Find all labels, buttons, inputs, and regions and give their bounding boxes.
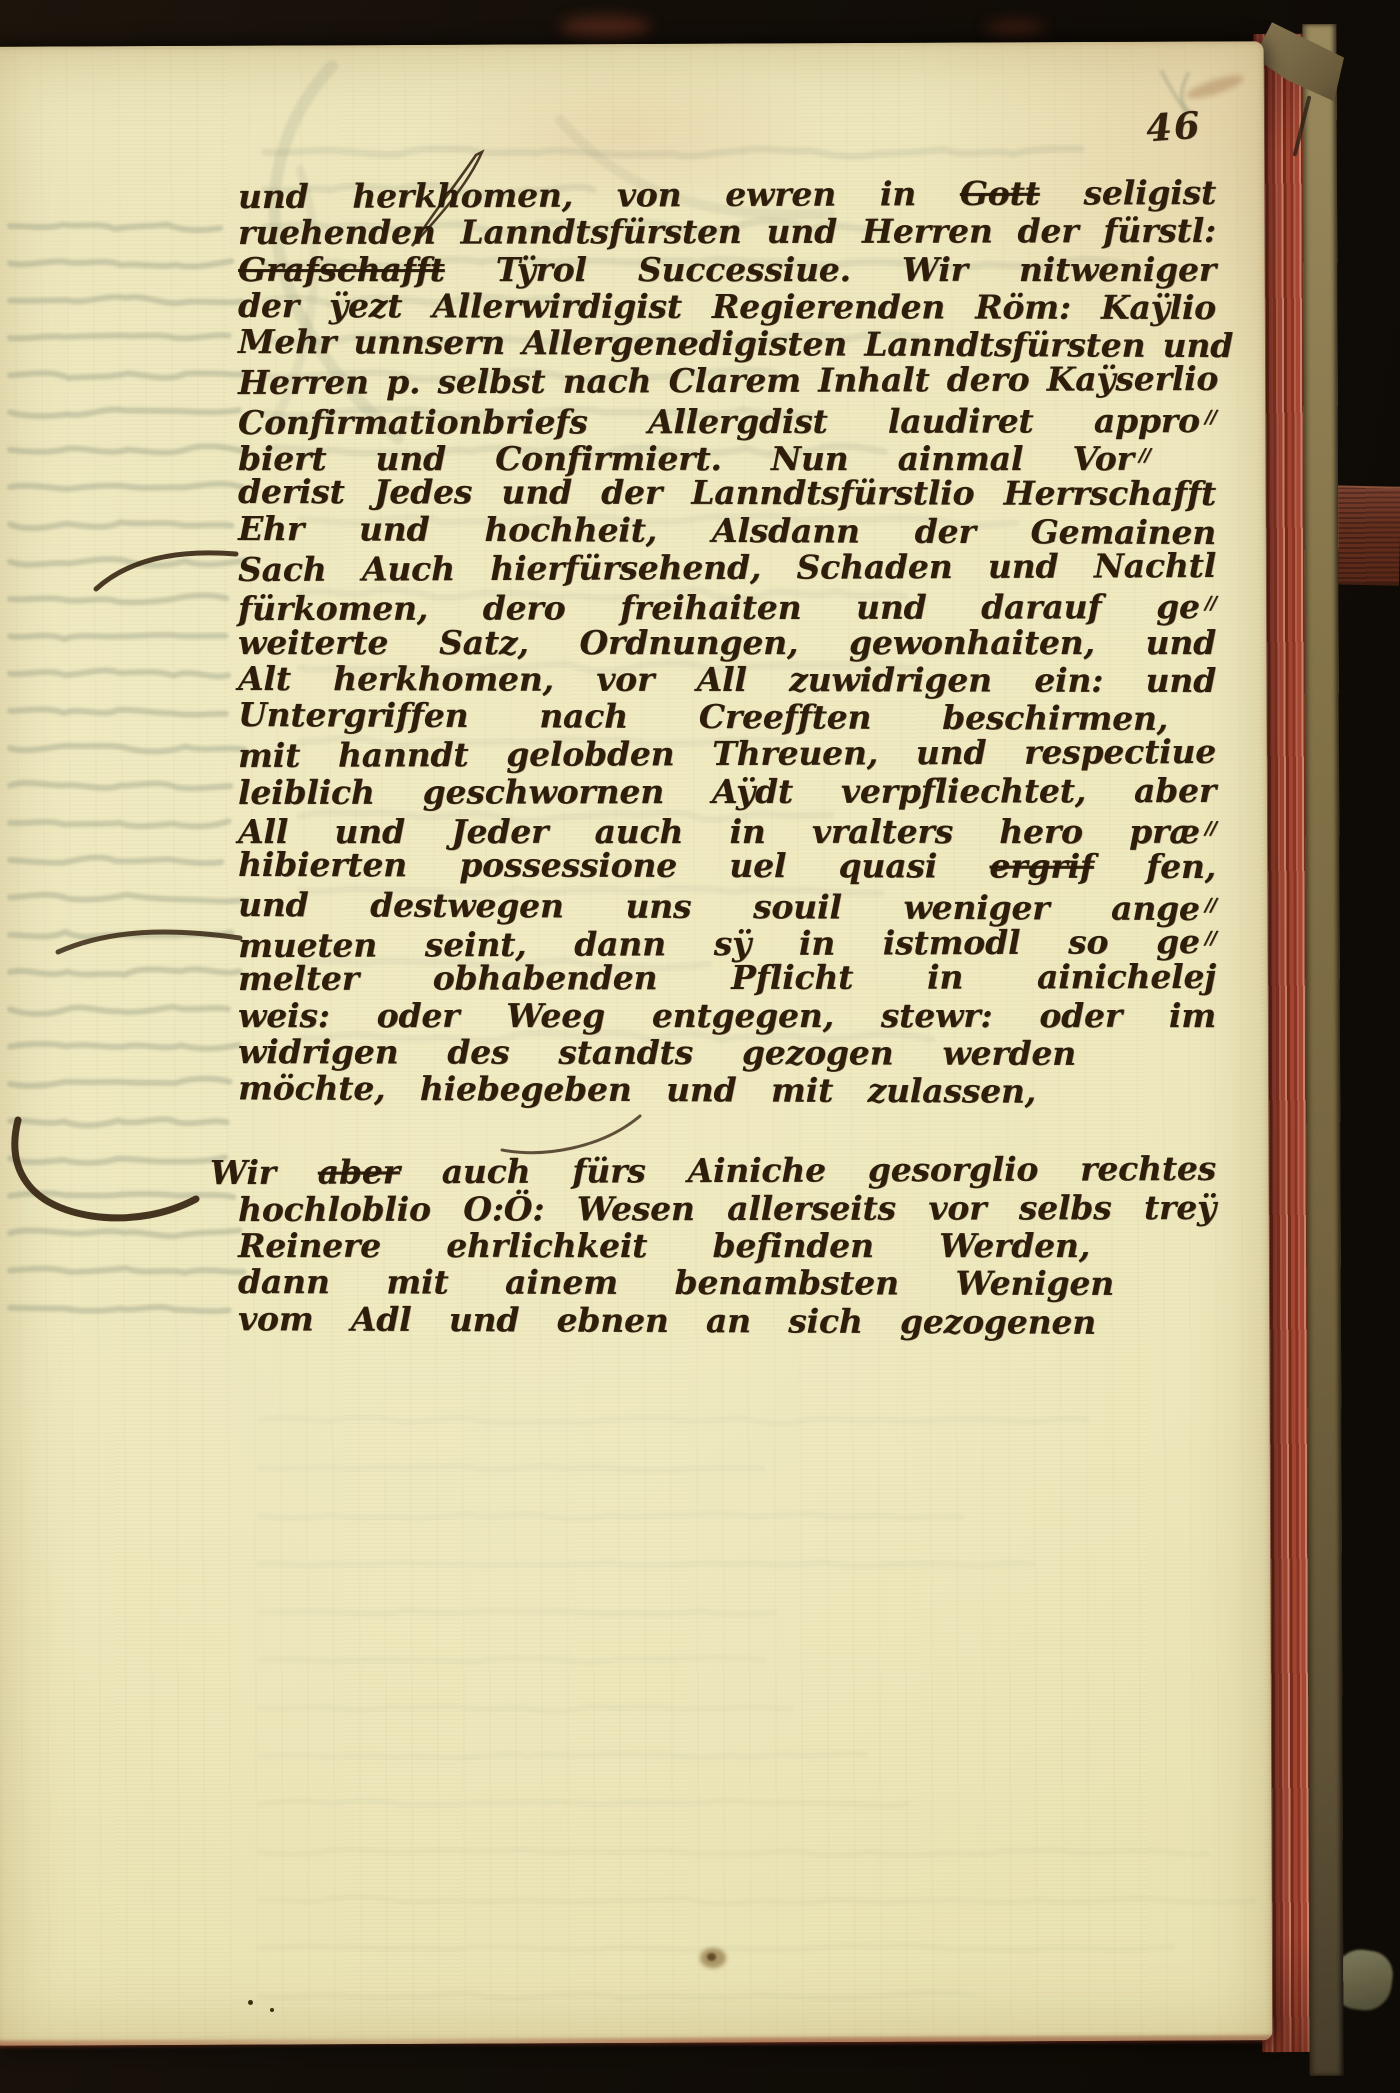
folio-number: 46 xyxy=(1145,102,1218,151)
red-smudge xyxy=(560,16,650,38)
red-smudge xyxy=(985,20,1045,36)
struck-word: aber xyxy=(318,1153,400,1192)
line-break-mark: // xyxy=(1205,895,1216,916)
manuscript-line: Alt herkhomen, vor All zuwidrigen ein: u… xyxy=(238,660,1216,699)
manuscript-line: möchte, hiebegeben und mit zulassen, xyxy=(238,1069,1036,1110)
manuscript-line: Sach Auch hierfürsehend, Schaden und Nac… xyxy=(238,547,1216,588)
line-break-mark: // xyxy=(1205,593,1216,614)
manuscript-line: der ÿezt Allerwirdigist Regierenden Röm:… xyxy=(238,287,1216,326)
manuscript-line: All und Jeder auch in vralters hero præ/… xyxy=(238,810,1216,847)
manuscript-line: widrigen des standts gezogen werden xyxy=(238,1033,1076,1072)
manuscript-line: und destwegen uns souil weniger ange// xyxy=(238,883,1216,924)
manuscript-line: mueten seint, dann sÿ in istmodl so ge// xyxy=(238,920,1216,961)
ink-speck xyxy=(248,2000,253,2005)
manuscript-line: Untergriffen nach Creefften beschirmen, xyxy=(238,696,1168,737)
binding-edge xyxy=(1302,24,1343,2076)
manuscript-line: ruehenden Lanndtsfürsten und Herren der … xyxy=(238,212,1216,251)
struck-word: ergrif xyxy=(989,847,1093,886)
manuscript-line: leiblich geschwornen Aÿdt verpfliechtet,… xyxy=(238,772,1216,811)
paper-stain xyxy=(707,1953,716,1961)
line-break-mark: // xyxy=(1205,407,1216,428)
manuscript-line: hibierten possessione uel quasi ergrif f… xyxy=(238,846,1216,885)
photo-of-manuscript: { "manuscript": { "page_number": "46", "… xyxy=(0,0,1400,2093)
manuscript-line: Grafschafft Tÿrol Successiue. Wir nitwen… xyxy=(238,251,1216,288)
manuscript-text: und herkhomen, von ewren in Gott seligis… xyxy=(238,176,1228,1339)
struck-word: Gott xyxy=(960,174,1040,213)
manuscript-line: dann mit ainem benambsten Wenigen xyxy=(238,1263,1114,1302)
ink-speck xyxy=(270,2008,274,2012)
manuscript-line: hochloblio O:Ö: Wesen allerseits vor sel… xyxy=(238,1189,1216,1228)
line-break-mark: // xyxy=(1139,445,1150,466)
manuscript-line: melter obhabenden Pflicht in ainichelej xyxy=(238,958,1216,997)
manuscript-line: und herkhomen, von ewren in Gott seligis… xyxy=(238,174,1216,215)
line-break-mark: // xyxy=(1205,818,1216,839)
manuscript-line: derist Jedes und der Lanndtsfürstlio Her… xyxy=(238,473,1216,512)
manuscript-line: Reinere ehrlichkeit befinden Werden, xyxy=(238,1227,1090,1264)
manuscript-line: Confirmationbriefs Allergdist laudiret a… xyxy=(238,399,1216,438)
struck-word: Grafschafft xyxy=(238,250,445,289)
manuscript-line: Mehr unnsern Allergenedigisten Lanndtsfü… xyxy=(238,323,1216,364)
paragraph-2: Wir aber auch fürs Ainiche gesorglio rec… xyxy=(238,1152,1228,1338)
manuscript-line: Herren p. selbst nach Clarem Inhalt dero… xyxy=(238,360,1216,401)
manuscript-line: vom Adl und ebnen an sich gezogenen xyxy=(238,1300,1096,1341)
manuscript-line: mit hanndt gelobden Threuen, und respect… xyxy=(238,733,1216,774)
manuscript-line: weis: oder Weeg entgegen, stewr: oder im xyxy=(238,997,1216,1034)
manuscript-line: weiterte Satz, Ordnungen, gewonhaiten, u… xyxy=(238,624,1216,661)
manuscript-line: Wir aber auch fürs Ainiche gesorglio rec… xyxy=(210,1150,1216,1192)
paragraph-1: und herkhomen, von ewren in Gott seligis… xyxy=(238,176,1228,1108)
manuscript-line: fürkomen, dero freihaiten und darauf ge/… xyxy=(238,585,1216,624)
line-break-mark: // xyxy=(1205,928,1216,949)
manuscript-line: Ehr und hochheit, Alsdann der Gemainen xyxy=(238,510,1216,551)
manuscript-line: biert und Confirmiert. Nun ainmal Vor// xyxy=(238,437,1150,474)
